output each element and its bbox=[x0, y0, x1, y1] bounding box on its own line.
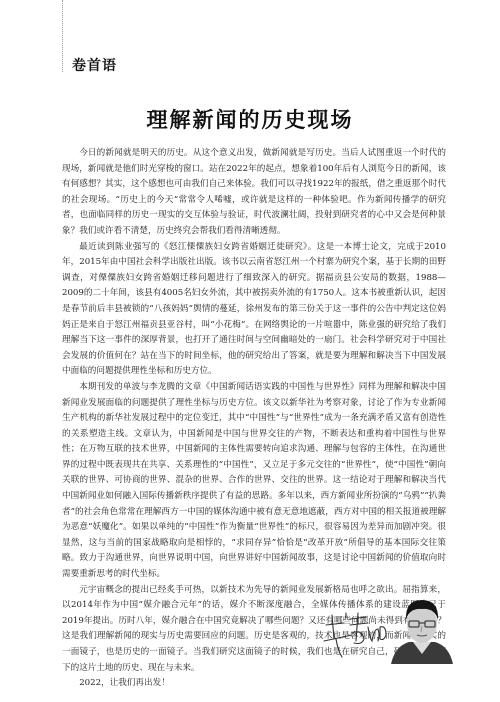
paragraph-5: 2022，让我们再出发！ bbox=[62, 676, 446, 692]
paragraph-1: 今日的新闻就是明天的历史。从这个意义出发，做新闻就是写历史。当后人试图重返一个时… bbox=[62, 146, 446, 240]
section-label: 卷首语 bbox=[72, 55, 117, 75]
author-portrait-photo-icon bbox=[387, 592, 457, 664]
paragraph-3: 本期刊发的单波与李龙腾的文章《中国新闻话语实践的中国性与世界性》同样为理解和解决… bbox=[62, 380, 446, 583]
page-title: 理解新闻的历史现场 bbox=[0, 104, 500, 134]
paragraph-2: 最近读到陈业强写的《怒江傈僳族妇女跨省婚姻迁徙研究》。这是一本博士论文，完成于2… bbox=[62, 240, 446, 380]
handwritten-signature-icon bbox=[322, 605, 394, 665]
margin-dotted-rule bbox=[62, 0, 63, 72]
